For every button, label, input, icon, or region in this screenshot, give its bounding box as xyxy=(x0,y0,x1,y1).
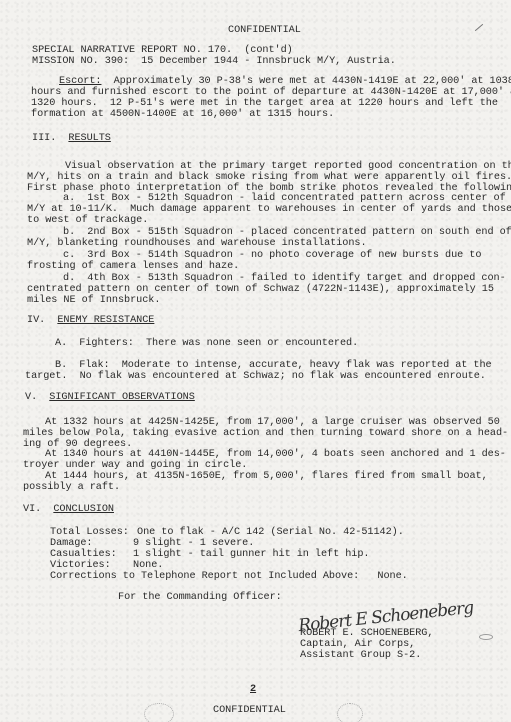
escort-text-0: Approximately 30 P-38's were met at 4430… xyxy=(114,76,511,87)
scan-mark xyxy=(475,24,483,31)
page-number: 2 xyxy=(250,684,256,695)
section-number: VI. xyxy=(23,504,41,515)
results-line-3: a. 1st Box - 512th Squadron - laid conce… xyxy=(63,193,506,204)
escort-first-line: Escort: Approximately 30 P-38's were met… xyxy=(59,76,511,87)
signer-title: Assistant Group S-2. xyxy=(300,650,421,661)
section-title: CONCLUSION xyxy=(53,504,114,515)
signer-name: ROBERT E. SCHOENEBERG, xyxy=(300,628,433,639)
conclusion-label-0: Total Losses: xyxy=(50,527,129,538)
results-line-6: b. 2nd Box - 515th Squadron - placed con… xyxy=(63,227,511,238)
mission-line: MISSION NO. 390: 15 December 1944 - Inns… xyxy=(32,56,396,67)
section-vi-heading: VI. CONCLUSION xyxy=(23,504,114,515)
conclusion-label-1: Damage: xyxy=(50,538,92,549)
escort-label: Escort: xyxy=(59,76,101,87)
fighters-line: A. Fighters: There was none seen or enco… xyxy=(55,338,358,349)
observation-line-6: possibly a raft. xyxy=(23,482,120,493)
for-commanding-officer: For the Commanding Officer: xyxy=(118,592,282,603)
header-classification: CONFIDENTIAL xyxy=(228,25,301,36)
section-number: III. xyxy=(32,133,56,144)
section-title: SIGNIFICANT OBSERVATIONS xyxy=(49,392,195,403)
section-title: ENEMY RESISTANCE xyxy=(57,315,154,326)
flak-line-0: B. Flak: Moderate to intense, accurate, … xyxy=(55,360,492,371)
escort-text-1: hours and furnished escort to the point … xyxy=(31,87,511,98)
observation-line-1: miles below Pola, taking evasive action … xyxy=(23,428,508,439)
conclusion-value-1: 9 slight - 1 severe. xyxy=(133,538,254,549)
observation-line-0: At 1332 hours at 4425N-1425E, from 17,00… xyxy=(45,417,500,428)
escort-text-3: formation at 4500N-1400E at 16,000' at 1… xyxy=(31,109,334,120)
results-line-8: c. 3rd Box - 514th Squadron - no photo c… xyxy=(63,250,481,261)
results-line-11: centrated pattern on center of town of S… xyxy=(27,284,494,295)
flak-line-1: target. No flak was encountered at Schwa… xyxy=(25,371,486,382)
section-iv-heading: IV. ENEMY RESISTANCE xyxy=(27,315,154,326)
observation-line-4: troyer under way and going in circle. xyxy=(23,460,247,471)
escort-text-2: 1320 hours. 12 P-51's were met in the ta… xyxy=(31,98,498,109)
section-title: RESULTS xyxy=(68,133,110,144)
conclusion-value-3: None. xyxy=(133,560,163,571)
signer-rank: Captain, Air Corps, xyxy=(300,639,415,650)
footer-classification: CONFIDENTIAL xyxy=(213,705,286,716)
conclusion-value-0: One to flak - A/C 142 (Serial No. 42-511… xyxy=(137,527,404,538)
section-number: IV. xyxy=(27,315,45,326)
document-page: CONFIDENTIAL SPECIAL NARRATIVE REPORT NO… xyxy=(0,0,511,722)
results-line-4: M/Y at 10-11/K. Much damage apparent to … xyxy=(27,204,511,215)
results-line-9: frosting of camera lenses and haze. xyxy=(27,261,239,272)
observation-line-3: At 1340 hours at 4410N-1445E, from 14,00… xyxy=(45,449,506,460)
results-line-1: M/Y, hits on a train and black smoke ris… xyxy=(27,172,511,183)
results-line-12: miles NE of Innsbruck. xyxy=(27,295,160,306)
scan-smudge-mark xyxy=(337,703,363,722)
section-v-heading: V. SIGNIFICANT OBSERVATIONS xyxy=(25,392,195,403)
scan-smudge-mark xyxy=(144,703,174,722)
results-line-0: Visual observation at the primary target… xyxy=(65,161,511,172)
observation-line-5: At 1444 hours, at 4135N-1650E, from 5,00… xyxy=(45,471,488,482)
results-line-5: to west of trackage. xyxy=(27,215,148,226)
section-iii-heading: III. RESULTS xyxy=(32,133,111,144)
conclusion-value-2: 1 slight - tail gunner hit in left hip. xyxy=(133,549,369,560)
scan-smudge-mark xyxy=(479,634,493,640)
corrections-line: Corrections to Telephone Report not Incl… xyxy=(50,571,408,582)
results-line-7: M/Y, blanketing roundhouses and warehous… xyxy=(27,238,367,249)
section-number: V. xyxy=(25,392,37,403)
results-line-10: d. 4th Box - 513th Squadron - failed to … xyxy=(63,273,506,284)
conclusion-label-3: Victories: xyxy=(50,560,111,571)
conclusion-label-2: Casualties: xyxy=(50,549,117,560)
report-line: SPECIAL NARRATIVE REPORT NO. 170. (cont'… xyxy=(32,45,293,56)
